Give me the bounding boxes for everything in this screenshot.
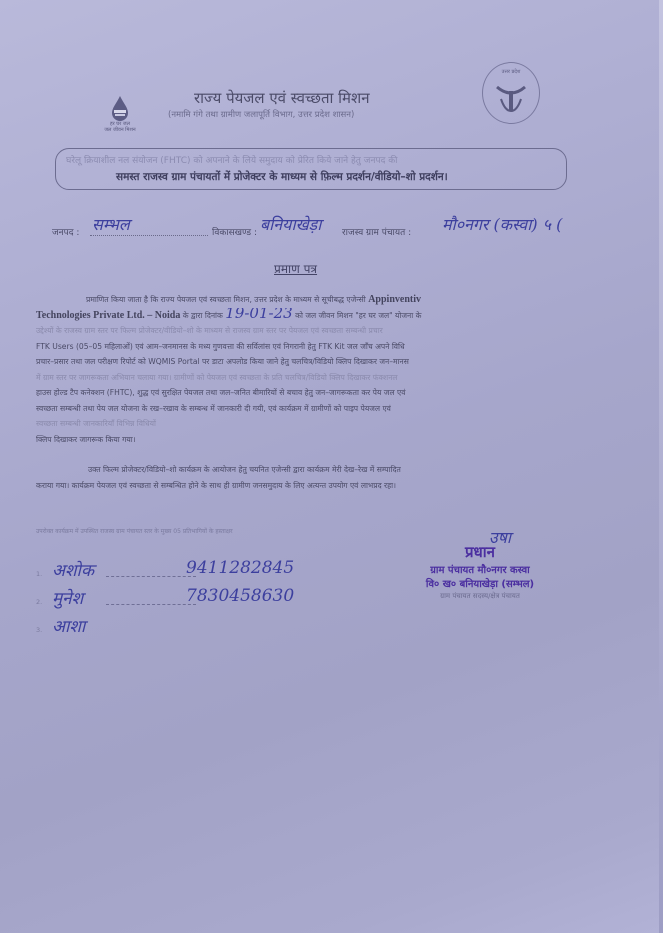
witness-name: मुनेश [52, 586, 83, 609]
water-drop-icon [110, 95, 130, 121]
janpad-value: सम्भल [92, 213, 130, 235]
para2-line1: उक्त फिल्म प्रोजेक्टर/विडियो–शो कार्यक्र… [58, 462, 548, 478]
para1-line2b: को जल जीवन मिशन "हर घर जल" योजना के [295, 311, 421, 320]
location-fields: जनपद : सम्भल विकासखण्ड : बनियाखेड़ा राजस… [52, 213, 652, 243]
agency-name-part2: Technologies Private Ltd. – Noida [36, 310, 180, 321]
witness-phone: 9411282845 [186, 558, 294, 578]
agency-name-part1: Appinventiv [368, 294, 421, 305]
para2-line2: कराया गया। कार्यक्रम पेयजल एवं स्वच्छता … [36, 478, 548, 494]
stamp-role: प्रधान [380, 542, 580, 562]
witness-dashed-line [106, 576, 196, 577]
program-banner: घरेलू क्रियाशील नल संयोजन (FHTC) को अपना… [55, 148, 567, 190]
witness-name: आशा [52, 614, 85, 637]
janpad-label: जनपद : [52, 225, 79, 238]
witness-number: 3. [36, 626, 42, 634]
witness-row: 1. अशोक 9411282845 [36, 560, 356, 584]
witness-heading: उपरोक्त कार्यक्रम में उपस्थित राजस्व ग्र… [36, 527, 336, 536]
para1-line3: उद्देश्यों के राजस्व ग्राम स्तर पर फिल्म… [36, 323, 548, 339]
witness-phone: 7830458630 [186, 586, 294, 606]
certificate-paragraph-2: उक्त फिल्म प्रोजेक्टर/विडियो–शो कार्यक्र… [58, 462, 548, 493]
certificate-paragraph-1: प्रमाणित किया जाता है कि राज्य पेयजल एवं… [58, 292, 548, 447]
banner-line-2: समस्त राजस्व ग्राम पंचायतों में प्रोजेक्… [116, 170, 448, 184]
stamp-line-1: ग्राम पंचायत मौ०नगर कस्वा [380, 562, 580, 576]
witness-number: 1. [36, 570, 42, 578]
banner-line-1: घरेलू क्रियाशील नल संयोजन (FHTC) को अपना… [66, 153, 397, 166]
emblem-icon [483, 63, 539, 123]
para1-line6: में ग्राम स्तर पर जागरूकता अभियान चलाया … [36, 370, 548, 386]
para1-line8: स्वच्छता सम्बन्धी तथा पेय जल योजना के रख… [36, 401, 548, 417]
up-government-emblem: उत्तर प्रदेश [482, 62, 540, 124]
vikaskhand-value: बनियाखेड़ा [260, 213, 321, 235]
org-subtitle: (नमामि गंगे तथा ग्रामीण जलापूर्ति विभाग,… [168, 109, 354, 120]
para1-line1: प्रमाणित किया जाता है कि राज्य पेयजल एवं… [86, 295, 366, 304]
logo-caption-2: जल जीवन मिशन [103, 127, 137, 133]
para1-line9: स्वच्छता सम्बन्धी जानकारियाँ विभिन्न विध… [36, 416, 548, 432]
gram-panchayat-label: राजस्व ग्राम पंचायत : [342, 225, 411, 238]
paper-edge [659, 0, 663, 933]
para1-line4: FTK Users (05–05 महिलाओं) एवं आम–जनमानस … [36, 339, 548, 355]
para1-line2a: के द्वारा दिनांक [183, 311, 223, 320]
org-title: राज्य पेयजल एवं स्वच्छता मिशन [194, 88, 370, 108]
gram-panchayat-value: मौ०नगर (कस्वा) ५ ( [442, 213, 562, 235]
stamp-line-3: ग्राम पंचायत सदस्य/क्षेत्र पंचायत [380, 592, 580, 601]
vikaskhand-label: विकासखण्ड : [212, 225, 257, 238]
witness-name: अशोक [52, 558, 94, 581]
stamp-line-2: वि० ख० बनियाखेड़ा (सम्भल) [380, 576, 580, 590]
para1-line5: प्रचार–प्रसार तथा जल परीक्षण रिपोर्ट को … [36, 354, 548, 370]
jal-jeevan-mission-logo: हर घर जल जल जीवन मिशन [103, 95, 137, 133]
event-date: 19-01-23 [225, 308, 292, 322]
janpad-dotted-line [90, 235, 208, 236]
certificate-title: प्रमाण पत्र [274, 260, 317, 277]
witness-number: 2. [36, 598, 42, 606]
witness-row: 3. आशा [36, 616, 356, 640]
para1-line10: क्लिप दिखाकर जागरूक किया गया। [36, 432, 548, 448]
pradhan-stamp: उषा प्रधान ग्राम पंचायत मौ०नगर कस्वा वि०… [380, 526, 580, 601]
witness-row: 2. मुनेश 7830458630 [36, 588, 356, 612]
witness-dashed-line [106, 604, 196, 605]
para1-line7: हाउस होल्ड टैप कनेक्शन (FHTC), शुद्ध एवं… [36, 385, 548, 401]
